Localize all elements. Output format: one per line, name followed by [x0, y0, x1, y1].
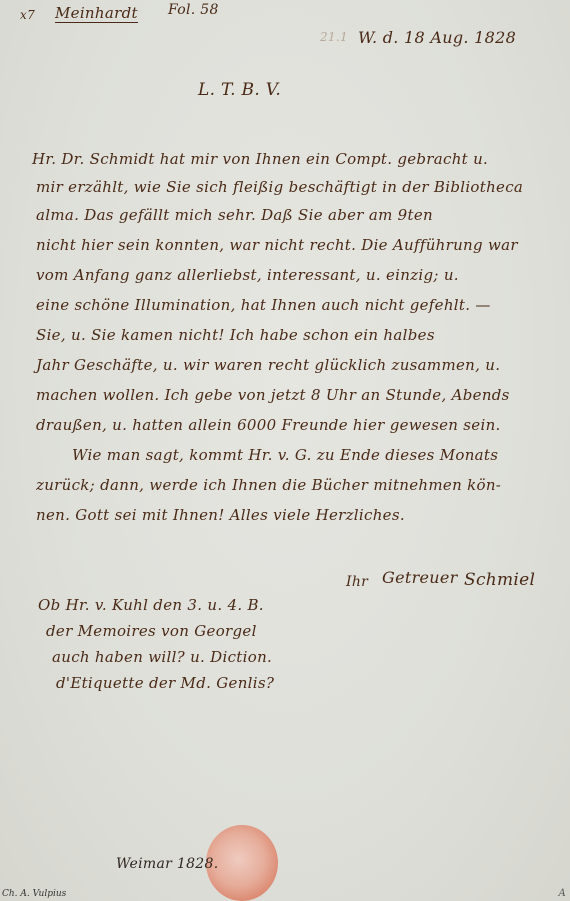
body-line: alma. Das gefällt mich sehr. Daß Sie abe…	[36, 206, 433, 224]
collector-note: Ch. A. Vulpius	[2, 889, 66, 899]
letter-page: x7 Meinhardt Fol. 58 21.1 W. d. 18 Aug. …	[0, 0, 570, 901]
postscript-line: d'Etiquette der Md. Genlis?	[56, 674, 274, 692]
closing-prefix: Ihr	[346, 574, 368, 590]
postscript-line: auch haben will? u. Diction.	[52, 648, 272, 666]
body-line: mir erzählt, wie Sie sich fleißig beschä…	[36, 178, 523, 196]
body-line: vom Anfang ganz allerliebst, interessant…	[36, 266, 459, 284]
body-line: nen. Gott sei mit Ihnen! Alles viele Her…	[36, 506, 405, 524]
archive-name: Meinhardt	[55, 4, 138, 23]
postscript-line: der Memoires von Georgel	[46, 622, 257, 640]
letter-date: W. d. 18 Aug. 1828	[358, 28, 516, 47]
closing-word: Getreuer	[382, 568, 458, 587]
signature: Schmiel	[464, 570, 535, 590]
body-line: machen wollen. Ich gebe von jetzt 8 Uhr …	[36, 386, 510, 404]
archive-folio: Fol. 58	[168, 2, 219, 18]
body-line: eine schöne Illumination, hat Ihnen auch…	[36, 296, 491, 314]
faint-stamp: 21.1	[320, 30, 348, 44]
body-line: draußen, u. hatten allein 6000 Freunde h…	[36, 416, 501, 434]
salutation: L. T. B. V.	[198, 80, 281, 100]
place-date: Weimar 1828.	[116, 856, 218, 872]
body-line: nicht hier sein konnten, war nicht recht…	[36, 236, 518, 254]
archive-prefix: x7	[20, 8, 35, 22]
corner-mark: A	[558, 888, 566, 899]
body-line: Sie, u. Sie kamen nicht! Ich habe schon …	[36, 326, 435, 344]
body-line: Jahr Geschäfte, u. wir waren recht glück…	[36, 356, 500, 374]
body-line: Hr. Dr. Schmidt hat mir von Ihnen ein Co…	[32, 150, 488, 168]
body-line: zurück; dann, werde ich Ihnen die Bücher…	[36, 476, 501, 494]
body-line: Wie man sagt, kommt Hr. v. G. zu Ende di…	[72, 446, 498, 464]
postscript-line: Ob Hr. v. Kuhl den 3. u. 4. B.	[38, 596, 264, 614]
